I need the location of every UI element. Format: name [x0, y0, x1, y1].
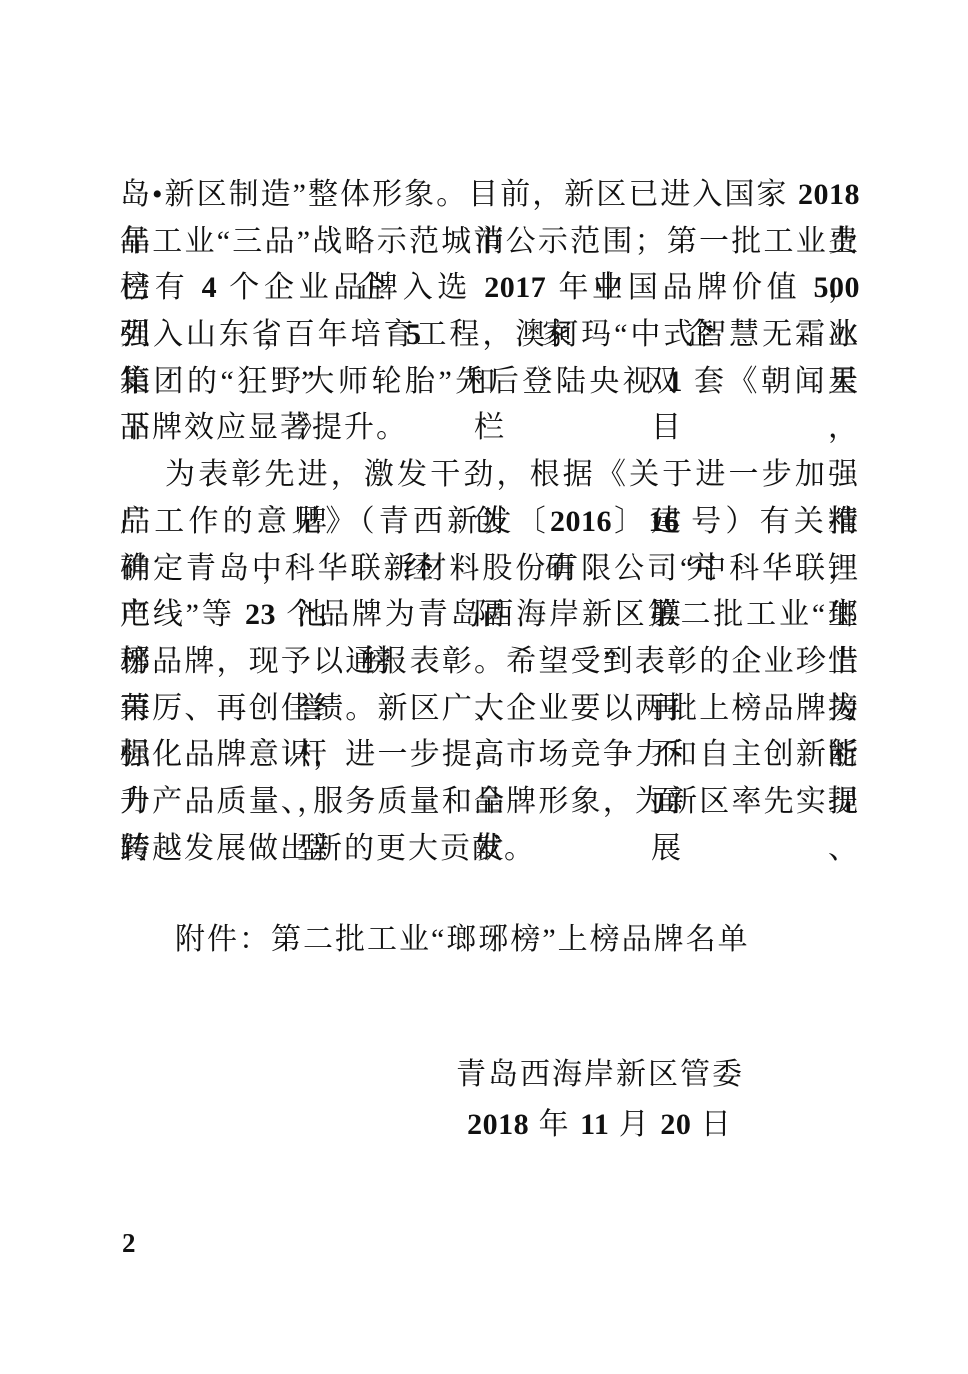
- text-run: 岛•新区制造”整体形象。目前，新区已进入国家: [120, 178, 798, 211]
- body-line: 已有 4 个企业品牌入选 2017 年中国品牌价值 500 强，5 家企业: [120, 265, 860, 312]
- signature-date: 2018 年 11 月 20 日: [232, 1100, 968, 1150]
- body-line: 再厉、再创佳绩。新区广大企业要以两批上榜品牌为标杆，不断: [120, 686, 860, 733]
- body-line: 集团的“狂野大师轮胎”先后登陆央视 1 套《朝闻天下》栏目，: [120, 359, 860, 406]
- bold-number: 2018: [467, 1108, 529, 1141]
- bold-number: 16: [648, 505, 679, 538]
- bold-number: 23: [245, 598, 276, 631]
- text-run: 产线”等: [120, 598, 245, 631]
- text-run: 〕: [612, 505, 648, 538]
- text-run: 集团的“狂野大师轮胎”先后登陆央视: [120, 365, 667, 398]
- text-run: 品牌效应显著提升。: [120, 411, 408, 444]
- text-run: 跨越发展做出新的更大贡献。: [120, 832, 536, 865]
- bold-number: 20: [660, 1108, 691, 1141]
- bold-number: 500: [814, 271, 861, 304]
- bold-number: 2016: [550, 505, 612, 538]
- text-run: 个企业品牌入选: [217, 271, 484, 304]
- text-run: 广工作的意见》（青西新发〔: [120, 505, 550, 538]
- text-run: 年中国品牌价值: [546, 271, 813, 304]
- body-line: 强化品牌意识，进一步提高市场竞争力和自主创新能力，全面提: [120, 732, 860, 779]
- body-line: 榜品牌，现予以通报表彰。希望受到表彰的企业珍惜荣誉、再接: [120, 639, 860, 686]
- text-run: 日: [691, 1108, 733, 1141]
- body-line: 岛•新区制造”整体形象。目前，新区已进入国家 2018 年消费: [120, 172, 860, 219]
- text-run: 年: [529, 1108, 580, 1141]
- signature-block: 青岛西海岸新区管委 2018 年 11 月 20 日: [232, 1050, 968, 1150]
- body-line: 为表彰先进，激发干劲，根据《关于进一步加强品牌创建推: [120, 452, 860, 499]
- signature-org: 青岛西海岸新区管委: [232, 1050, 968, 1100]
- text-run: 已有: [120, 271, 202, 304]
- document-body: 岛•新区制造”整体形象。目前，新区已进入国家 2018 年消费品工业“三品”战略…: [120, 172, 860, 872]
- body-line: 升产品质量、服务质量和品牌形象，为新区率先实现转型发展、: [120, 779, 860, 826]
- body-line: 广工作的意见》（青西新发〔2016〕16 号）有关精神，经研究，: [120, 499, 860, 546]
- bold-number: 1: [667, 365, 683, 398]
- bold-number: 11: [580, 1108, 609, 1141]
- body-line: 品工业“三品”战略示范城市公示范围；第一批工业上榜企业，: [120, 219, 860, 266]
- text-run: 月: [609, 1108, 660, 1141]
- bold-number: 4: [202, 271, 218, 304]
- bold-number: 2017: [484, 271, 546, 304]
- body-line: 确定青岛中科华联新材料股份有限公司“中科华联锂电池隔膜生: [120, 546, 860, 593]
- page-number: 2: [122, 1228, 136, 1259]
- attachment-line: 附件：第二批工业“瑯琊榜”上榜品牌名单: [175, 916, 865, 963]
- body-line: 列入山东省百年培育工程，澳柯玛“中式智慧无霜冰箱”和双星: [120, 312, 860, 359]
- body-line: 产线”等 23 个品牌为青岛西海岸新区第二批工业“瑯琊榜”上: [120, 592, 860, 639]
- bold-number: 2018: [798, 178, 860, 211]
- document-page: 岛•新区制造”整体形象。目前，新区已进入国家 2018 年消费品工业“三品”战略…: [0, 0, 968, 1374]
